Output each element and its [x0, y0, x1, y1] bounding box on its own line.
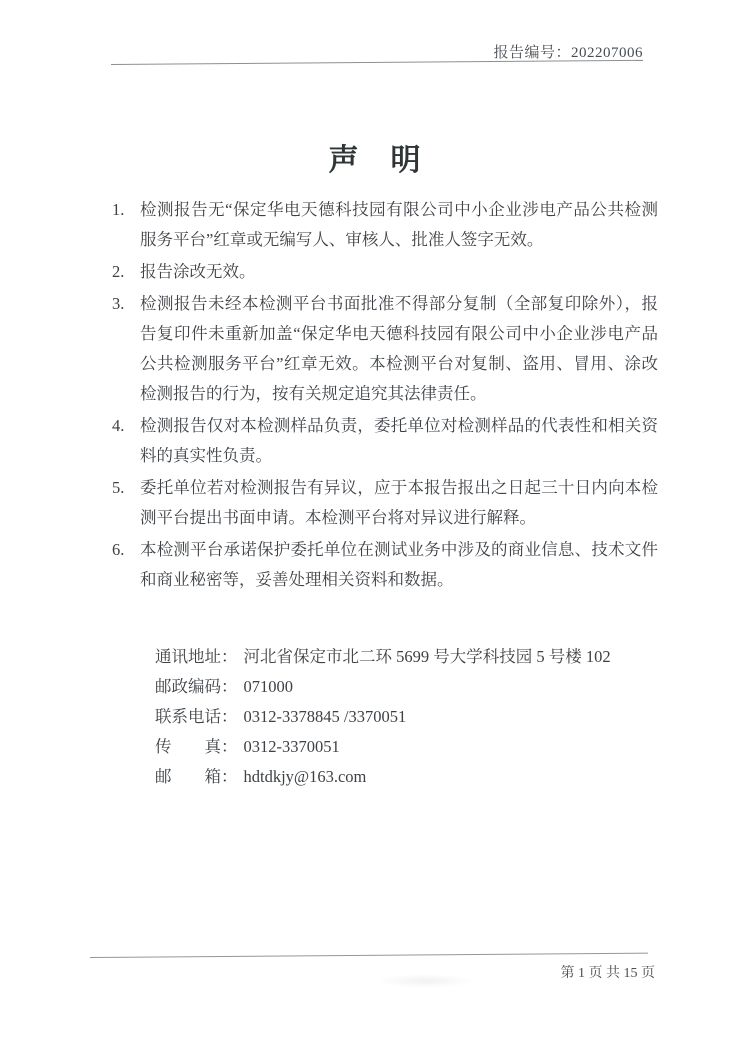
- contact-label: 联系电话: [155, 702, 221, 732]
- contact-colon: ：: [221, 702, 238, 732]
- contact-value-postcode: 071000: [244, 677, 294, 696]
- contact-label: 邮政编码: [155, 672, 221, 702]
- page-title: 声 明: [0, 135, 750, 179]
- statement-text: 本检测平台承诺保护委托单位在测试业务中涉及的商业信息、技术文件和商业秘密等，妥善…: [140, 535, 658, 595]
- contact-row-address: 通讯地址：河北省保定市北二环 5699 号大学科技园 5 号楼 102: [155, 642, 625, 672]
- report-number-label: 报告编号：: [493, 45, 571, 61]
- header-divider: [111, 60, 643, 65]
- report-statement-page: 报告编号：202207006 声 明 1. 检测报告无“保定华电天德科技园有限公…: [0, 0, 750, 1061]
- contact-row-fax: 传真：0312-3370051: [155, 732, 625, 762]
- statement-text: 检测报告未经本检测平台书面批准不得部分复制（全部复印除外），报告复印件未重新加盖…: [140, 289, 658, 409]
- statement-text: 报告涂改无效。: [140, 257, 658, 287]
- contact-value-address: 河北省保定市北二环 5699 号大学科技园 5 号楼 102: [244, 647, 611, 666]
- contact-info-block: 通讯地址：河北省保定市北二环 5699 号大学科技园 5 号楼 102 邮政编码…: [155, 642, 625, 792]
- statement-item-4: 4. 检测报告仅对本检测样品负责，委托单位对检测样品的代表性和相关资料的真实性负…: [112, 411, 658, 471]
- contact-label: 邮箱: [155, 762, 221, 792]
- statement-number: 6.: [112, 535, 140, 595]
- contact-value-phone: 0312-3378845 /3370051: [244, 707, 407, 726]
- contact-value-fax: 0312-3370051: [244, 737, 340, 756]
- contact-value-email: hdtdkjy@163.com: [244, 767, 367, 786]
- report-number-value: 202207006: [571, 45, 643, 61]
- statement-number: 1.: [112, 195, 140, 255]
- contact-colon: ：: [221, 762, 238, 792]
- footer-divider: [90, 953, 648, 958]
- statement-text: 检测报告仅对本检测样品负责，委托单位对检测样品的代表性和相关资料的真实性负责。: [140, 411, 658, 471]
- contact-colon: ：: [221, 642, 238, 672]
- scan-artifact: [375, 974, 475, 988]
- contact-label: 传真: [155, 732, 221, 762]
- statement-text: 检测报告无“保定华电天德科技园有限公司中小企业涉电产品公共检测服务平台”红章或无…: [140, 195, 658, 255]
- statement-text: 委托单位若对检测报告有异议，应于本报告报出之日起三十日内向本检测平台提出书面申请…: [140, 473, 658, 533]
- statement-item-3: 3. 检测报告未经本检测平台书面批准不得部分复制（全部复印除外），报告复印件未重…: [112, 289, 658, 409]
- statement-number: 2.: [112, 257, 140, 287]
- contact-label: 通讯地址: [155, 642, 221, 672]
- statement-item-1: 1. 检测报告无“保定华电天德科技园有限公司中小企业涉电产品公共检测服务平台”红…: [112, 195, 658, 255]
- contact-colon: ：: [221, 732, 238, 762]
- contact-row-postcode: 邮政编码：071000: [155, 672, 625, 702]
- statement-item-6: 6. 本检测平台承诺保护委托单位在测试业务中涉及的商业信息、技术文件和商业秘密等…: [112, 535, 658, 595]
- contact-row-email: 邮箱：hdtdkjy@163.com: [155, 762, 625, 792]
- statement-list: 1. 检测报告无“保定华电天德科技园有限公司中小企业涉电产品公共检测服务平台”红…: [112, 195, 658, 597]
- report-number: 报告编号：202207006: [493, 41, 643, 62]
- statement-number: 5.: [112, 473, 140, 533]
- page-number: 第 1 页 共 15 页: [561, 962, 656, 982]
- statement-number: 4.: [112, 411, 140, 471]
- statement-item-2: 2. 报告涂改无效。: [112, 257, 658, 287]
- contact-colon: ：: [221, 672, 238, 702]
- statement-item-5: 5. 委托单位若对检测报告有异议，应于本报告报出之日起三十日内向本检测平台提出书…: [112, 473, 658, 533]
- contact-row-phone: 联系电话：0312-3378845 /3370051: [155, 702, 625, 732]
- statement-number: 3.: [112, 289, 140, 409]
